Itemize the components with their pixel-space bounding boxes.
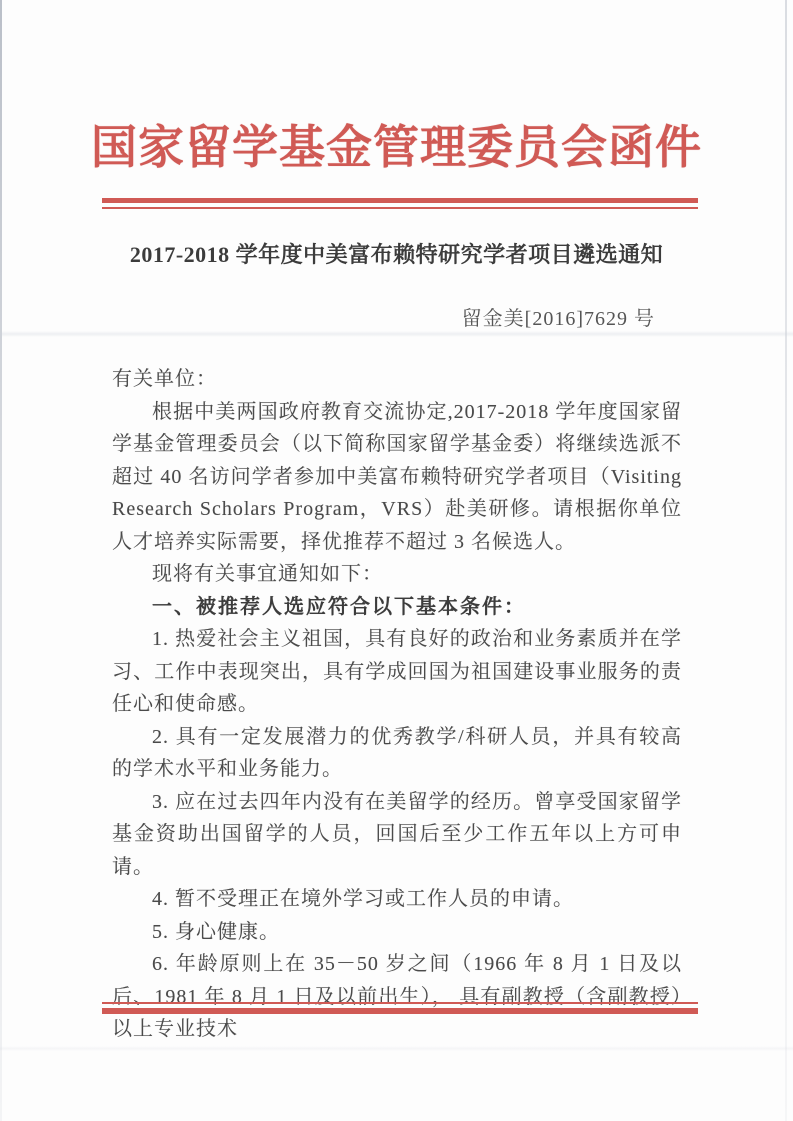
scanned-letter-page: 国家留学基金管理委员会函件 2017-2018 学年度中美富布赖特研究学者项目遴… xyxy=(0,0,793,1121)
notice-lead: 现将有关事宜通知如下： xyxy=(112,558,682,591)
condition-item-4: 4. 暂不受理正在境外学习或工作人员的申请。 xyxy=(112,883,682,916)
scan-crease-top xyxy=(0,331,793,337)
letter-body: 有关单位： 根据中美两国政府教育交流协定,2017-2018 学年度国家留学基金… xyxy=(112,363,682,1046)
section-heading-basic-conditions: 一、被推荐人选应符合以下基本条件： xyxy=(112,591,682,624)
condition-item-6: 6. 年龄原则上在 35－50 岁之间（1966 年 8 月 1 日及以后、19… xyxy=(112,948,682,1046)
header-double-rule xyxy=(102,198,698,209)
letterhead-title: 国家留学基金管理委员会函件 xyxy=(0,116,793,180)
condition-item-1: 1. 热爱社会主义祖国，具有良好的政治和业务素质并在学习、工作中表现突出，具有学… xyxy=(112,623,682,721)
salutation: 有关单位： xyxy=(112,363,682,396)
notice-title: 2017-2018 学年度中美富布赖特研究学者项目遴选通知 xyxy=(0,240,793,270)
condition-item-5: 5. 身心健康。 xyxy=(112,916,682,949)
intro-paragraph: 根据中美两国政府教育交流协定,2017-2018 学年度国家留学基金管理委员会（… xyxy=(112,396,682,559)
condition-item-2: 2. 具有一定发展潜力的优秀教学/科研人员，并具有较高的学术水平和业务能力。 xyxy=(112,721,682,786)
condition-item-3: 3. 应在过去四年内没有在美留学的经历。曾享受国家留学基金资助出国留学的人员，回… xyxy=(112,786,682,884)
reference-number: 留金美[2016]7629 号 xyxy=(462,302,655,331)
scan-crease-bottom xyxy=(0,1046,793,1051)
footer-double-rule xyxy=(102,1002,698,1014)
